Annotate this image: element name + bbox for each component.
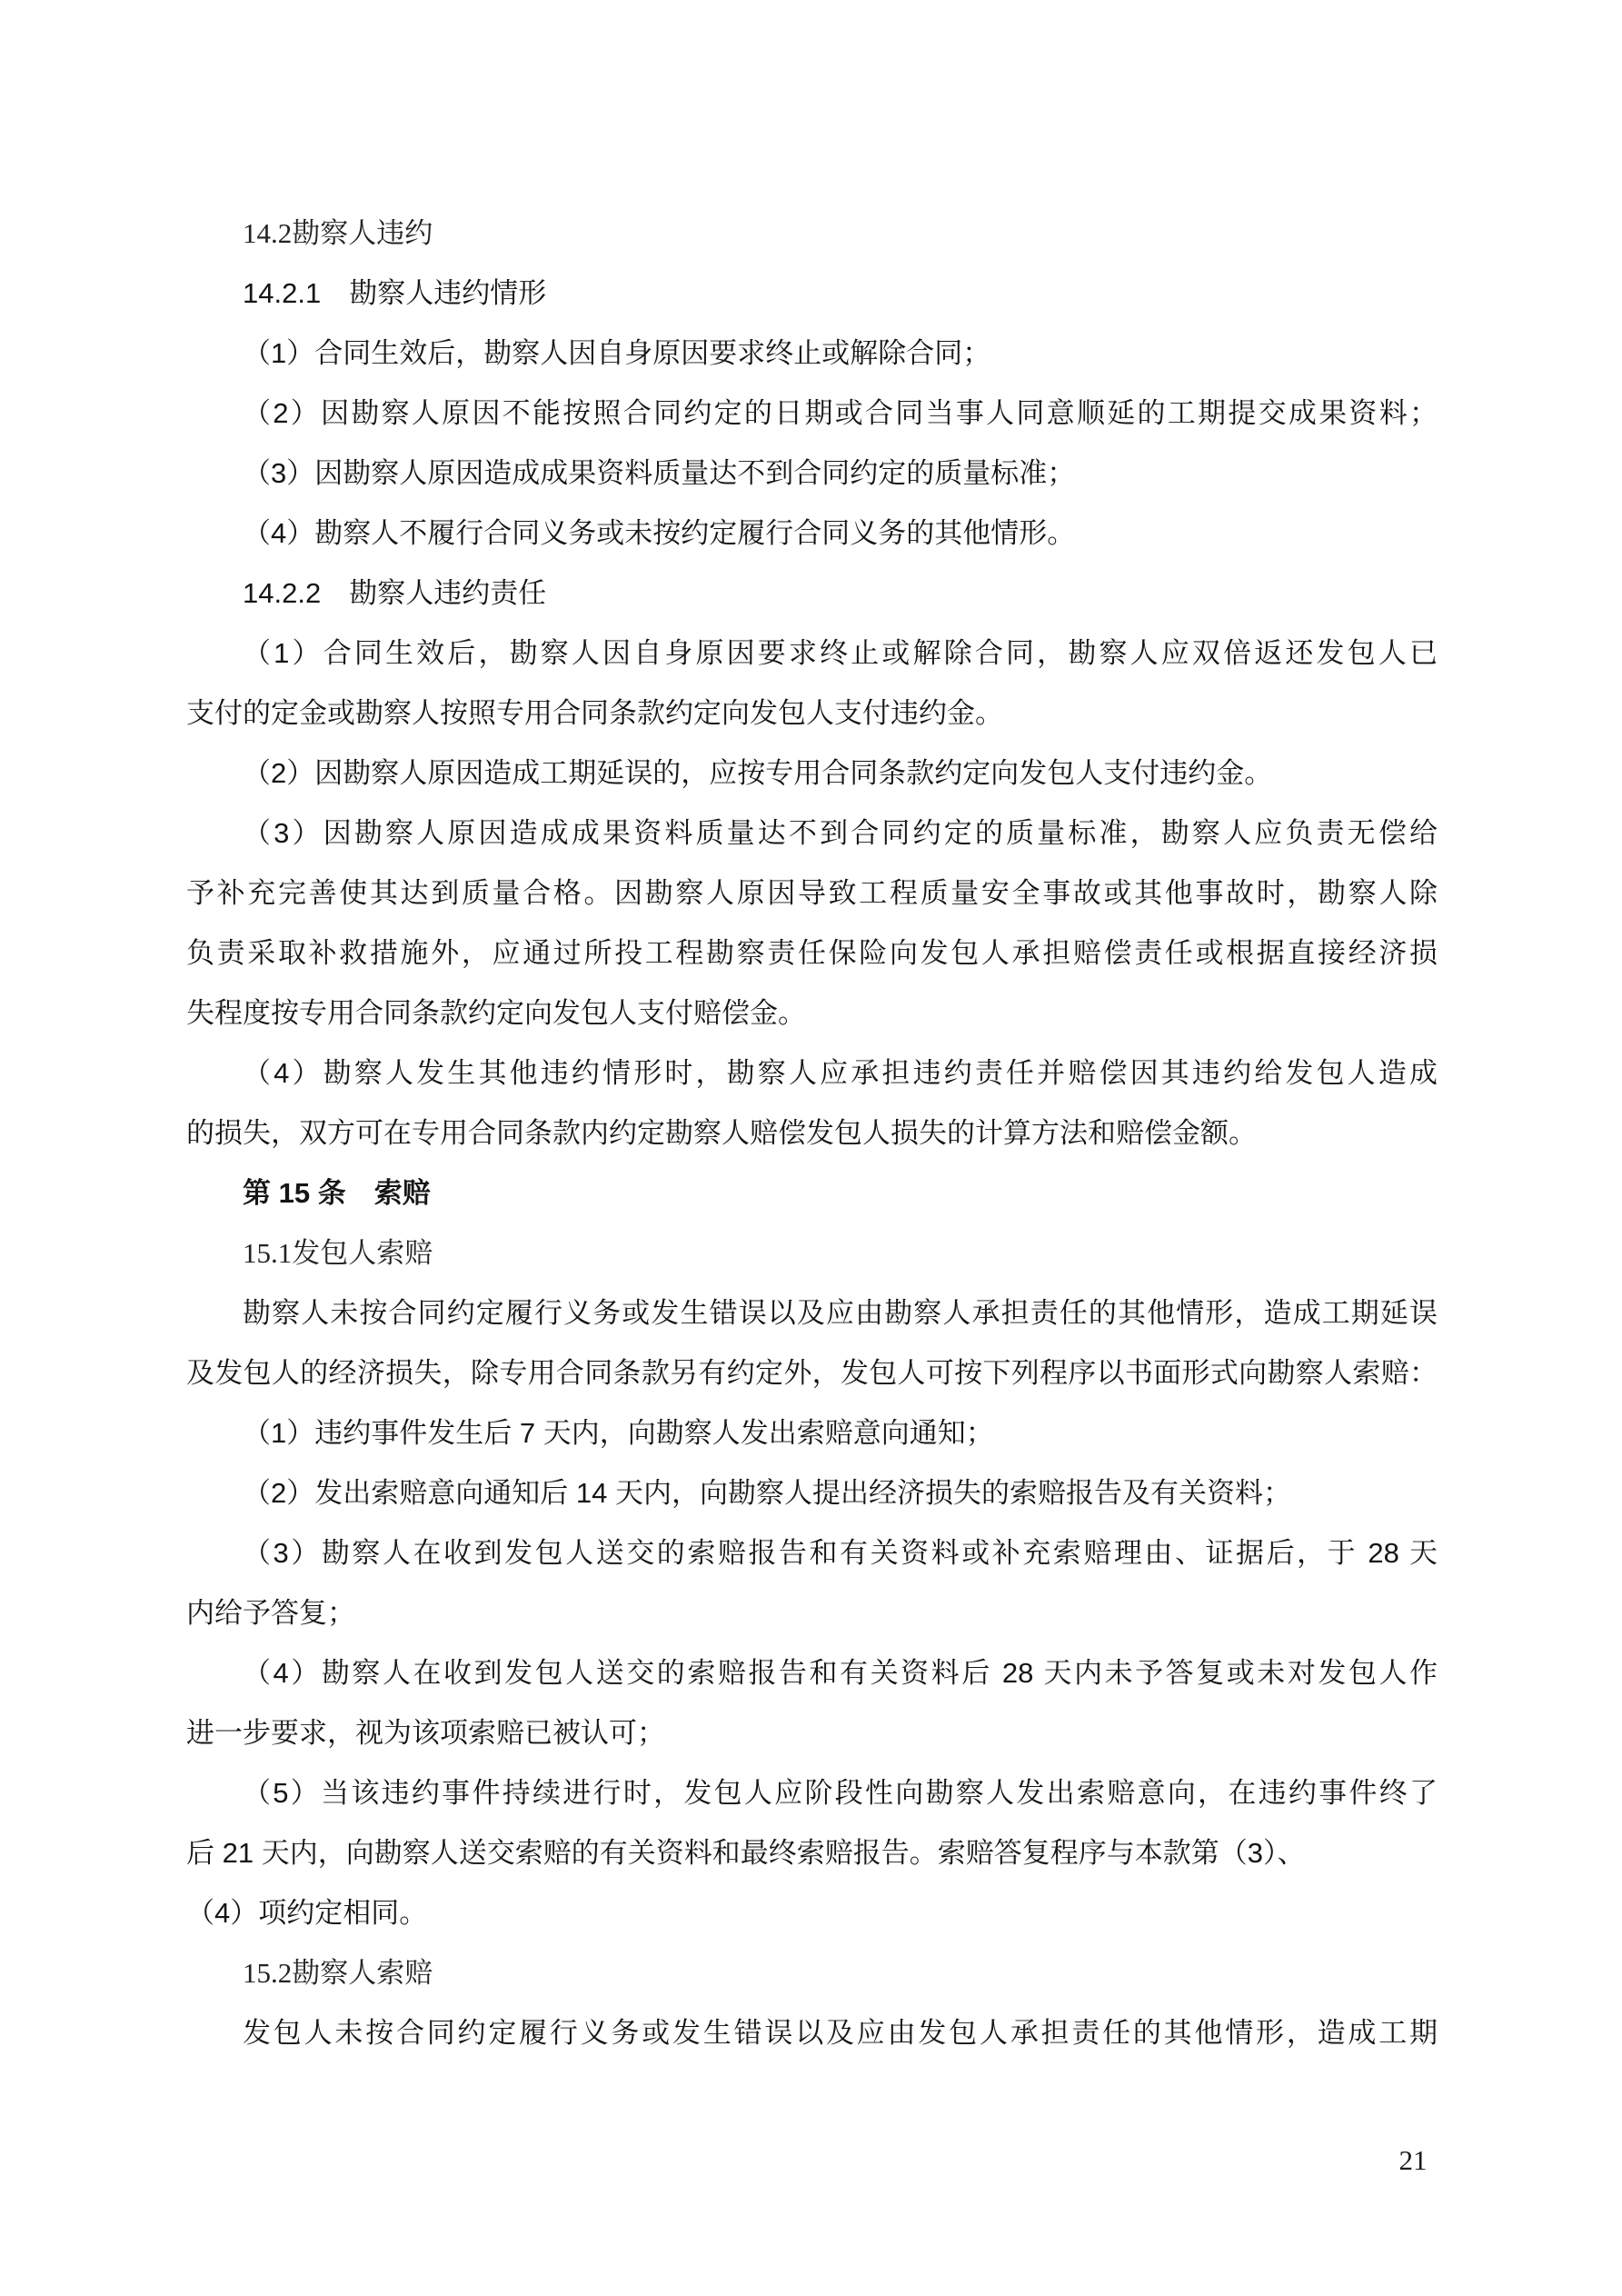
text-line: （5）当该违约事件持续进行时，发包人应阶段性向勘察人发出索赔意向，在违约事件终了 — [186, 1763, 1438, 1823]
text-line: 的损失，双方可在专用合同条款内约定勘察人赔偿发包人损失的计算方法和赔偿金额。 — [186, 1103, 1438, 1163]
section-heading-14-2: 14.2勘察人违约 — [186, 204, 1438, 264]
text-line: （4）勘察人发生其他违约情形时，勘察人应承担违约责任并赔偿因其违约给发包人造成 — [186, 1043, 1438, 1103]
text-line: （1）合同生效后，勘察人因自身原因要求终止或解除合同； — [186, 324, 1438, 384]
text-line: （2）因勘察人原因造成工期延误的，应按专用合同条款约定向发包人支付违约金。 — [186, 744, 1438, 804]
text-line: （1）违约事件发生后 7 天内，向勘察人发出索赔意向通知； — [186, 1403, 1438, 1463]
clause-heading-14-2-1: 14.2.1 勘察人违约情形 — [186, 264, 1438, 324]
text-line: 予补充完善使其达到质量合格。因勘察人原因导致工程质量安全事故或其他事故时，勘察人… — [186, 863, 1438, 923]
text-line: 发包人未按合同约定履行义务或发生错误以及应由发包人承担责任的其他情形，造成工期 — [186, 2003, 1438, 2063]
section-heading-15-2: 15.2勘察人索赔 — [186, 1943, 1438, 2003]
clause-heading-14-2-2: 14.2.2 勘察人违约责任 — [186, 564, 1438, 624]
article-heading-15: 第 15 条 索赔 — [186, 1163, 1438, 1223]
text-line: （4）项约定相同。 — [186, 1883, 1438, 1943]
text-line: （2）因勘察人原因不能按照合同约定的日期或合同当事人同意顺延的工期提交成果资料； — [186, 384, 1438, 444]
text-line: （3）因勘察人原因造成成果资料质量达不到合同约定的质量标准； — [186, 444, 1438, 504]
text-line: 支付的定金或勘察人按照专用合同条款约定向发包人支付违约金。 — [186, 684, 1438, 744]
text-line: 失程度按专用合同条款约定向发包人支付赔偿金。 — [186, 983, 1438, 1043]
text-line: 内给予答复； — [186, 1583, 1438, 1643]
page-number: 21 — [1372, 2138, 1454, 2183]
text-line: 进一步要求，视为该项索赔已被认可； — [186, 1703, 1438, 1763]
document-page: 14.2勘察人违约14.2.1 勘察人违约情形（1）合同生效后，勘察人因自身原因… — [0, 0, 1622, 2296]
text-line: （2）发出索赔意向通知后 14 天内，向勘察人提出经济损失的索赔报告及有关资料； — [186, 1463, 1438, 1523]
text-line: （4）勘察人在收到发包人送交的索赔报告和有关资料后 28 天内未予答复或未对发包… — [186, 1643, 1438, 1703]
text-line: （3）勘察人在收到发包人送交的索赔报告和有关资料或补充索赔理由、证据后，于 28… — [186, 1523, 1438, 1583]
text-line: （3）因勘察人原因造成成果资料质量达不到合同约定的质量标准，勘察人应负责无偿给 — [186, 804, 1438, 863]
text-line: （4）勘察人不履行合同义务或未按约定履行合同义务的其他情形。 — [186, 504, 1438, 564]
section-heading-15-1: 15.1发包人索赔 — [186, 1223, 1438, 1283]
text-line: 勘察人未按合同约定履行义务或发生错误以及应由勘察人承担责任的其他情形，造成工期延… — [186, 1283, 1438, 1343]
text-line: 负责采取补救措施外，应通过所投工程勘察责任保险向发包人承担赔偿责任或根据直接经济… — [186, 923, 1438, 983]
contract-text-block: 14.2勘察人违约14.2.1 勘察人违约情形（1）合同生效后，勘察人因自身原因… — [186, 204, 1438, 2063]
text-line: 后 21 天内，向勘察人送交索赔的有关资料和最终索赔报告。索赔答复程序与本款第（… — [186, 1823, 1438, 1883]
text-line: 及发包人的经济损失，除专用合同条款另有约定外，发包人可按下列程序以书面形式向勘察… — [186, 1343, 1438, 1403]
text-line: （1）合同生效后，勘察人因自身原因要求终止或解除合同，勘察人应双倍返还发包人已 — [186, 624, 1438, 684]
